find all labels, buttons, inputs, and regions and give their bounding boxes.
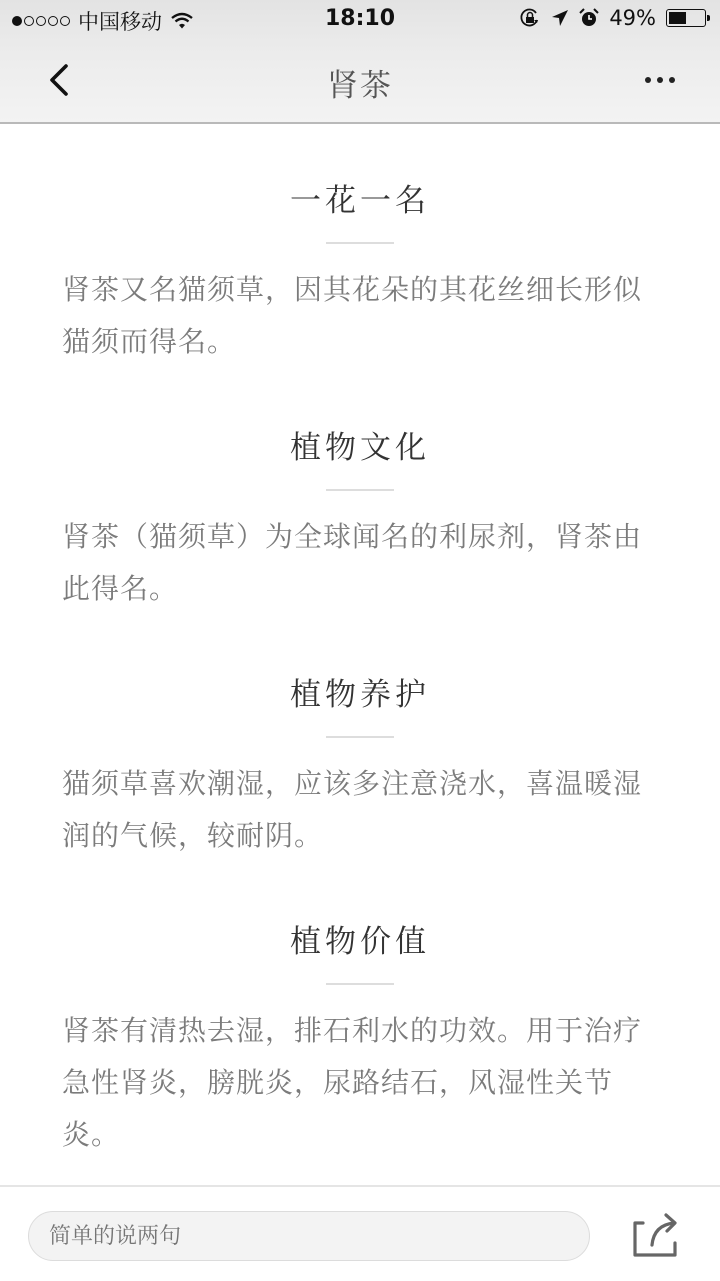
section-body: 肾茶（猫须草）为全球闻名的利尿剂，肾茶由此得名。 bbox=[62, 511, 662, 615]
section-body: 肾茶又名猫须草，因其花朵的其花丝细长形似猫须而得名。 bbox=[62, 264, 662, 368]
status-bar: 中国移动 18:10 49% bbox=[0, 0, 720, 40]
section-name-origin: 一花一名 肾茶又名猫须草，因其花朵的其花丝细长形似猫须而得名。 bbox=[0, 178, 720, 368]
location-icon bbox=[551, 9, 569, 27]
section-plant-culture: 植物文化 肾茶（猫须草）为全球闻名的利尿剂，肾茶由此得名。 bbox=[0, 425, 720, 615]
section-title: 一花一名 bbox=[0, 178, 720, 224]
section-plant-value: 植物价值 肾茶有清热去湿，排石利水的功效。用于治疗急性肾炎，膀胱炎，尿路结石，风… bbox=[0, 919, 720, 1161]
navigation-bar: 肾茶 bbox=[0, 40, 720, 122]
battery-percent: 49% bbox=[609, 6, 656, 30]
alarm-icon bbox=[579, 8, 599, 28]
rotation-lock-icon bbox=[519, 7, 541, 29]
section-divider bbox=[326, 736, 394, 738]
section-divider bbox=[326, 983, 394, 985]
section-body: 猫须草喜欢潮湿，应该多注意浇水，喜温暖湿润的气候，较耐阴。 bbox=[62, 758, 662, 862]
share-button[interactable] bbox=[630, 1209, 682, 1261]
top-bar: 中国移动 18:10 49% bbox=[0, 0, 720, 124]
section-plant-care: 植物养护 猫须草喜欢潮湿，应该多注意浇水，喜温暖湿润的气候，较耐阴。 bbox=[0, 672, 720, 862]
more-dots-icon bbox=[645, 77, 651, 83]
page-title: 肾茶 bbox=[0, 60, 720, 105]
section-title: 植物价值 bbox=[0, 919, 720, 965]
section-body: 肾茶有清热去湿，排石利水的功效。用于治疗急性肾炎，膀胱炎，尿路结石，风湿性关节炎… bbox=[62, 1005, 662, 1161]
bottom-bar bbox=[0, 1185, 720, 1281]
more-button[interactable] bbox=[640, 68, 680, 92]
section-divider bbox=[326, 489, 394, 491]
section-title: 植物养护 bbox=[0, 672, 720, 718]
share-icon bbox=[630, 1209, 682, 1261]
section-title: 植物文化 bbox=[0, 425, 720, 471]
section-divider bbox=[326, 242, 394, 244]
comment-input[interactable] bbox=[28, 1211, 590, 1261]
battery-icon bbox=[666, 9, 706, 27]
